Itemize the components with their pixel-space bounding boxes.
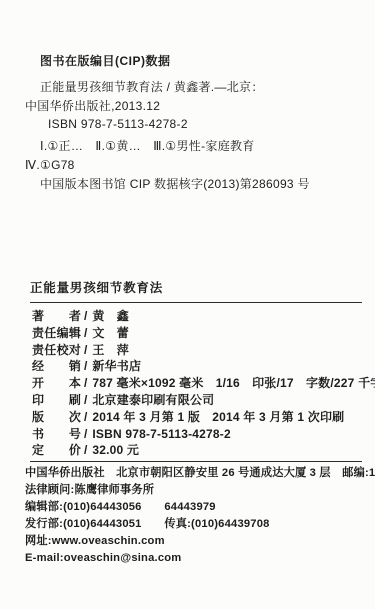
row-value: 北京建泰印刷有限公司 (92, 392, 214, 409)
row-label: 著 者 (32, 308, 82, 325)
row-label: 责任编辑 (32, 325, 82, 342)
row-value: 787 毫米×1092 毫米 1/16 印张/17 字数/227 千字 (92, 375, 375, 392)
book-title: 正能量男孩细节教育法 (30, 281, 362, 295)
row-separator: / (84, 392, 87, 409)
footer-line-distribution-phone: 发行部:(010)64443051 传真:(010)64439708 (25, 516, 365, 533)
row-separator: / (84, 375, 87, 392)
row-separator: / (84, 426, 87, 443)
footer-line-email: E-mail:oveaschin@sina.com (25, 550, 365, 567)
cip-line-classification: Ⅰ.①正… Ⅱ.①黄… Ⅲ.①男性-家庭教育 (25, 137, 355, 156)
colophon-block: 正能量男孩细节教育法 著 者 / 黄 鑫 责任编辑 / 文 蕾 责任校对 / 王… (30, 281, 362, 462)
cip-line-title-author: 正能量男孩细节教育法 / 黄鑫著.—北京： (25, 78, 355, 97)
copyright-page: 图书在版编目(CIP)数据 正能量男孩细节教育法 / 黄鑫著.—北京： 中国华侨… (0, 0, 375, 609)
cip-line-publisher: 中国华侨出版社,2013.12 (25, 97, 355, 116)
divider-rule-bottom (30, 461, 362, 462)
colophon-row-editor: 责任编辑 / 文 蕾 (32, 325, 362, 342)
colophon-row-distributor: 经 销 / 新华书店 (32, 358, 362, 375)
colophon-row-proofreader: 责任校对 / 王 萍 (32, 342, 362, 359)
cip-data-block: 图书在版编目(CIP)数据 正能量男孩细节教育法 / 黄鑫著.—北京： 中国华侨… (25, 54, 355, 193)
colophon-row-isbn: 书 号 / ISBN 978-7-5113-4278-2 (32, 426, 362, 443)
row-separator: / (84, 308, 87, 325)
colophon-row-format: 开 本 / 787 毫米×1092 毫米 1/16 印张/17 字数/227 千… (32, 375, 362, 392)
row-separator: / (84, 325, 87, 342)
cip-line-isbn: ISBN 978-7-5113-4278-2 (25, 115, 355, 134)
row-value: 文 蕾 (92, 325, 129, 342)
row-separator: / (84, 409, 87, 426)
row-value: 新华书店 (92, 358, 141, 375)
row-value: ISBN 978-7-5113-4278-2 (92, 426, 231, 443)
row-label: 印 刷 (32, 392, 82, 409)
row-separator: / (84, 442, 87, 459)
colophon-row-edition: 版 次 / 2014 年 3 月第 1 版 2014 年 3 月第 1 次印刷 (32, 409, 362, 426)
row-label: 开 本 (32, 375, 82, 392)
cip-line-class-code: Ⅳ.①G78 (25, 156, 355, 175)
row-label: 定 价 (32, 442, 82, 459)
cip-line-record-number: 中国版本图书馆 CIP 数据核字(2013)第286093 号 (25, 175, 355, 194)
colophon-row-price: 定 价 / 32.00 元 (32, 442, 362, 459)
row-value: 32.00 元 (92, 442, 139, 459)
row-label: 经 销 (32, 358, 82, 375)
row-separator: / (84, 358, 87, 375)
footer-line-legal-counsel: 法律顾问:陈鹰律师事务所 (25, 482, 365, 499)
row-label: 责任校对 (32, 342, 82, 359)
row-value: 黄 鑫 (92, 308, 129, 325)
footer-line-website: 网址:www.oveaschin.com (25, 533, 365, 550)
row-separator: / (84, 342, 87, 359)
colophon-row-author: 著 者 / 黄 鑫 (32, 308, 362, 325)
cip-header: 图书在版编目(CIP)数据 (25, 54, 355, 68)
row-value: 2014 年 3 月第 1 版 2014 年 3 月第 1 次印刷 (92, 409, 344, 426)
footer-line-address: 中国华侨出版社 北京市朝阳区静安里 26 号通成达大厦 3 层 邮编:10002… (25, 465, 365, 482)
colophon-rows: 著 者 / 黄 鑫 责任编辑 / 文 蕾 责任校对 / 王 萍 经 销 / 新华… (30, 303, 362, 461)
row-value: 王 萍 (92, 342, 129, 359)
publisher-footer: 中国华侨出版社 北京市朝阳区静安里 26 号通成达大厦 3 层 邮编:10002… (25, 465, 365, 568)
footer-line-editorial-phone: 编辑部:(010)64443056 64443979 (25, 499, 365, 516)
colophon-row-printer: 印 刷 / 北京建泰印刷有限公司 (32, 392, 362, 409)
row-label: 书 号 (32, 426, 82, 443)
row-label: 版 次 (32, 409, 82, 426)
